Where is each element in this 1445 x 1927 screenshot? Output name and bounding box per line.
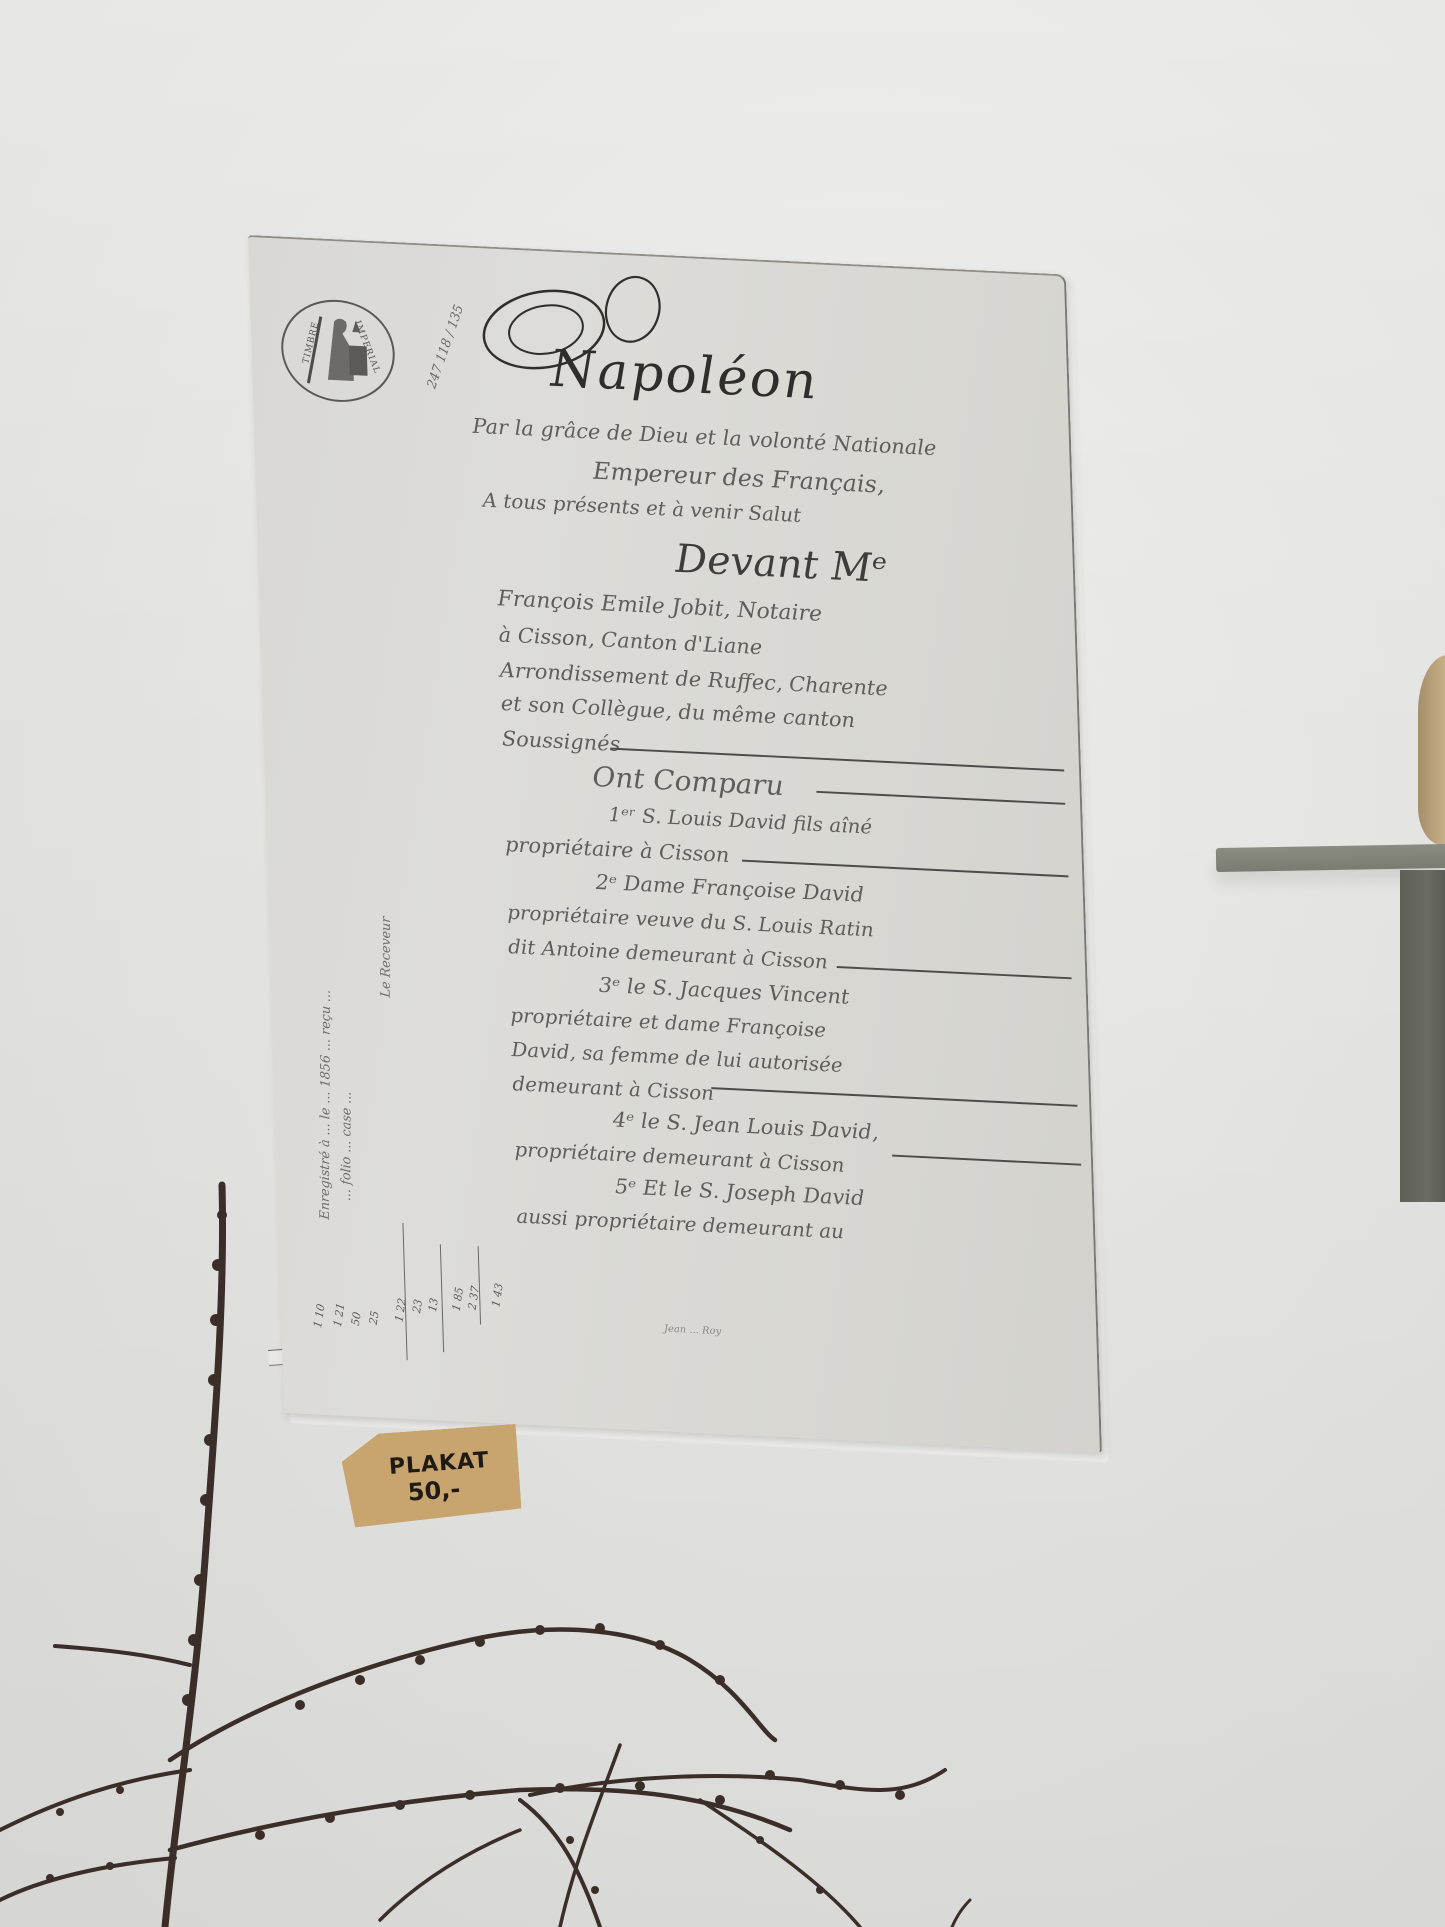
- vertical-margin-note: ... folio ... case ...: [339, 1091, 354, 1202]
- doc-line: aussi propriétaire demeurant au: [516, 1204, 844, 1243]
- price-tag-label: PLAKAT: [388, 1447, 490, 1479]
- line-rule: [711, 1087, 1077, 1106]
- doc-line: François Emile Jobit, Notaire: [497, 587, 822, 627]
- doc-line: propriétaire veuve du S. Louis Ratin: [507, 900, 874, 941]
- accounts-tally: 1 10 1 21 50 25 1 22 23 13 1 85 2 37 1 4…: [298, 1208, 521, 1356]
- vertical-margin-note: Enregistré à ... le ... 1856 ... reçu ..…: [318, 989, 334, 1220]
- doc-line: A tous présents et à venir Salut: [482, 488, 801, 527]
- antique-document: TIMBRE IMPERIAL 247 118 / 135 Napoléon P…: [248, 235, 1102, 1452]
- line-rule: [892, 1155, 1081, 1166]
- tally-rule: [478, 1246, 481, 1324]
- doc-line: Ont Comparu: [592, 760, 784, 802]
- line-rule: [837, 966, 1072, 979]
- doc-line: 4ᵉ le S. Jean Louis David,: [613, 1108, 879, 1144]
- doc-line: Devant Mᵉ: [675, 536, 889, 591]
- vase: [1418, 655, 1445, 845]
- doc-line: 1ᵉʳ S. Louis David fils aîné: [608, 802, 872, 838]
- doc-line: 3ᵉ le S. Jacques Vincent: [598, 973, 849, 1009]
- doc-line: dit Antoine demeurant à Cisson: [508, 934, 828, 973]
- margin-note-top: 247 118 / 135: [424, 303, 467, 391]
- doc-line: propriétaire à Cisson: [505, 833, 730, 867]
- line-rule: [742, 860, 1068, 877]
- tally-rule: [402, 1223, 407, 1360]
- doc-line: à Cisson, Canton d'Liane: [498, 623, 762, 659]
- footer-signature: Jean ... Roy: [664, 1324, 721, 1338]
- doc-line: 5ᵉ Et le S. Joseph David: [615, 1174, 865, 1210]
- doc-line: propriétaire et dame Françoise: [510, 1003, 826, 1042]
- seated-figure-icon: [282, 299, 394, 402]
- line-rule: [816, 791, 1065, 804]
- doc-line: Empereur des Français,: [593, 457, 885, 498]
- doc-line: Soussignés: [502, 727, 621, 756]
- doc-line: Par la grâce de Dieu et la volonté Natio…: [472, 414, 937, 460]
- doc-line: et son Collègue, du même canton: [500, 691, 855, 732]
- shelf-bracket: [1400, 870, 1445, 1202]
- doc-line: demeurant à Cisson: [512, 1072, 714, 1105]
- doc-line: 2ᵉ Dame Françoise David: [595, 870, 864, 906]
- vertical-margin-note: Le Receveur: [379, 916, 394, 998]
- doc-line: David, sa femme de lui autorisée: [511, 1037, 843, 1076]
- wall-shelf: [1216, 844, 1445, 872]
- imperial-stamp-seal: TIMBRE IMPERIAL: [280, 297, 397, 404]
- doc-line: propriétaire demeurant à Cisson: [514, 1137, 845, 1176]
- tally-rule: [440, 1244, 444, 1352]
- document-title: Napoléon: [549, 340, 819, 412]
- price-tag-price: 50,-: [407, 1475, 461, 1507]
